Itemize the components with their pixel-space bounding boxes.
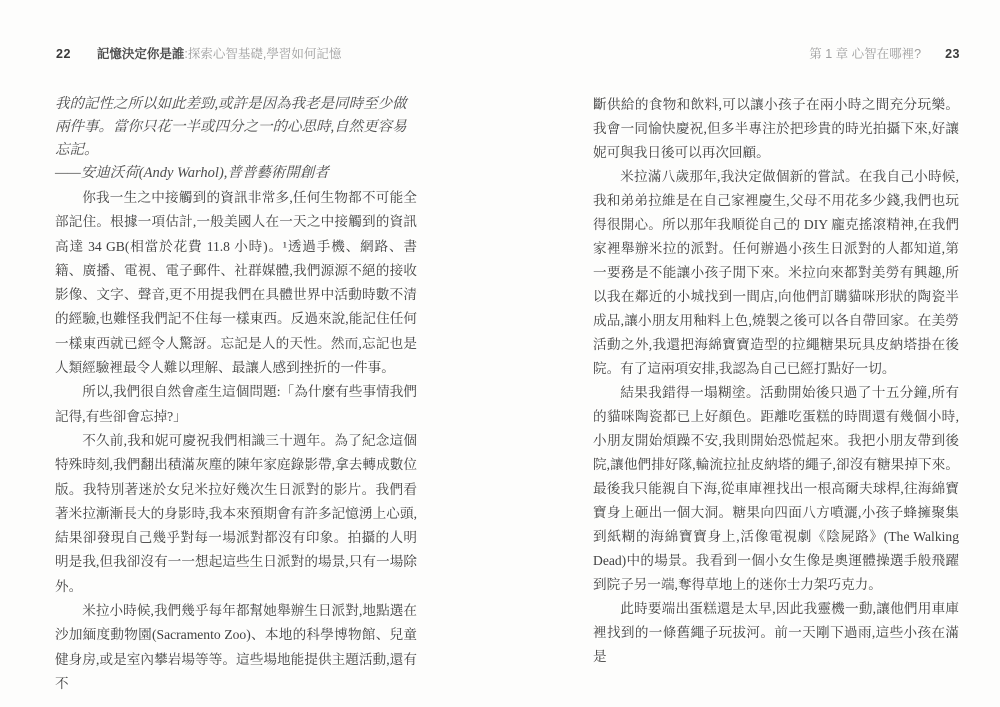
epigraph-attribution: ——安迪沃荷(Andy Warhol),普普藝術開創者: [55, 162, 421, 185]
paragraph: 米拉小時候,我們幾乎每年都幫她舉辦生日派對,地點選在沙加緬度動物園(Sacram…: [55, 599, 417, 696]
book-title: 記憶決定你是誰: [97, 47, 185, 61]
epigraph-quote: 我的記性之所以如此差勁,或許是因為我老是同時至少做兩件事。當你只花一半或四分之一…: [55, 93, 421, 162]
right-running-header: 第 1 章 心智在哪裡?23: [560, 45, 960, 63]
paragraph: 米拉滿八歲那年,我決定做個新的嘗試。在我自己小時候,我和弟弟拉維是在自己家裡慶生…: [593, 165, 959, 381]
epigraph: 我的記性之所以如此差勁,或許是因為我老是同時至少做兩件事。當你只花一半或四分之一…: [55, 93, 421, 185]
book-subtitle: :探索心智基礎,學習如何記憶: [184, 47, 341, 61]
right-body-text: 斷供給的食物和飲料,可以讓小孩子在兩小時之間充分玩樂。我會一同愉快慶祝,但多半專…: [593, 93, 959, 669]
paragraph: 你我一生之中接觸到的資訊非常多,任何生物都不可能全部記住。根據一項估計,一般美國…: [55, 186, 417, 380]
right-page-number: 23: [945, 47, 960, 61]
book-spread: 22記憶決定你是誰:探索心智基礎,學習如何記憶 我的記性之所以如此差勁,或許是因…: [0, 0, 1000, 707]
paragraph: 結果我錯得一塌糊塗。活動開始後只過了十五分鐘,所有的貓咪陶瓷都已上好顏色。距離吃…: [593, 381, 959, 597]
paragraph: 此時要端出蛋糕還是太早,因此我靈機一動,讓他們用車庫裡找到的一條舊繩子玩拔河。前…: [593, 597, 959, 669]
left-page-number: 22: [56, 47, 71, 61]
paragraph: 不久前,我和妮可慶祝我們相識三十週年。為了紀念這個特殊時刻,我們翻出積滿灰塵的陳…: [55, 429, 417, 599]
left-body-text: 你我一生之中接觸到的資訊非常多,任何生物都不可能全部記住。根據一項估計,一般美國…: [55, 186, 417, 696]
left-running-header: 22記憶決定你是誰:探索心智基礎,學習如何記憶: [56, 45, 476, 63]
chapter-title: 第 1 章 心智在哪裡?: [809, 47, 921, 61]
paragraph-continuation: 斷供給的食物和飲料,可以讓小孩子在兩小時之間充分玩樂。我會一同愉快慶祝,但多半專…: [593, 93, 959, 165]
paragraph: 所以,我們很自然會產生這個問題:「為什麼有些事情我們記得,有些卻會忘掉?」: [55, 380, 417, 429]
